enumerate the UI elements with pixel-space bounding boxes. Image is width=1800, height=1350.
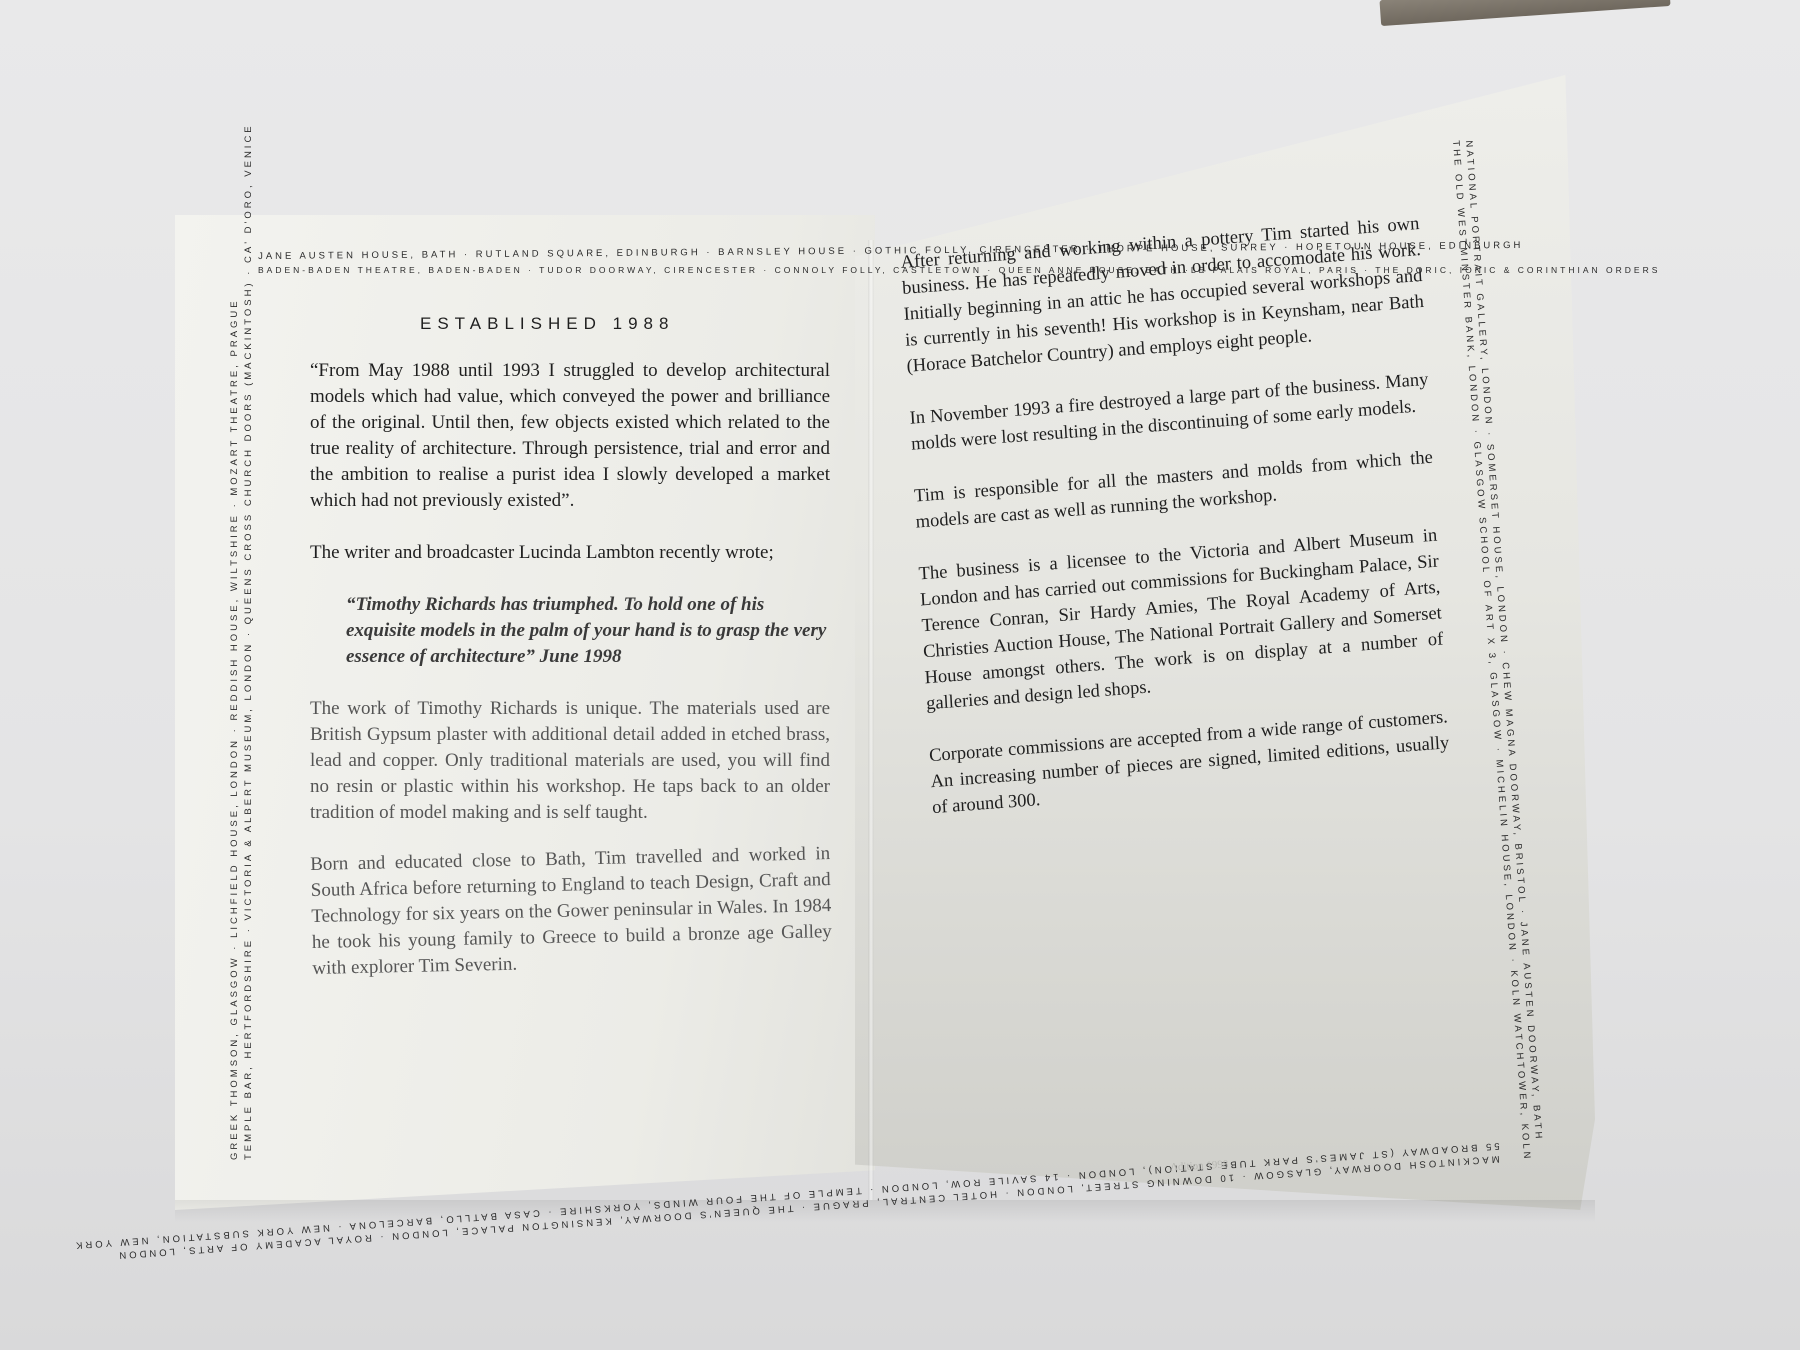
right-column: After returning and working within a pot… <box>900 211 1453 847</box>
paragraph-intro-quote: “From May 1988 until 1993 I struggled to… <box>310 358 830 514</box>
paragraph-biography: Born and educated close to Bath, Tim tra… <box>310 841 833 982</box>
background-object <box>1379 0 1670 26</box>
paragraph-materials: The work of Timothy Richards is unique. … <box>310 696 830 826</box>
paragraph-corporate: Corporate commissions are accepted from … <box>928 704 1451 821</box>
paragraph-masters: Tim is responsible for all the masters a… <box>913 445 1435 536</box>
border-left-inner: TEMPLE BAR, HERTFORDSHIRE · VICTORIA & A… <box>242 123 255 1160</box>
border-left-outer: GREEK THOMSON, GLASGOW · LICHFIELD HOUSE… <box>228 298 241 1160</box>
paragraph-licensee: The business is a licensee to the Victor… <box>918 523 1446 718</box>
paragraph-lambton-intro: The writer and broadcaster Lucinda Lambt… <box>310 540 830 566</box>
lambton-quote: “Timothy Richards has triumphed. To hold… <box>346 592 830 670</box>
leaflet-heading: ESTABLISHED 1988 <box>420 314 674 334</box>
left-column: “From May 1988 until 1993 I struggled to… <box>310 358 830 1008</box>
paragraph-fire: In November 1993 a fire destroyed a larg… <box>909 367 1431 458</box>
leaflet-fold <box>868 240 874 1200</box>
